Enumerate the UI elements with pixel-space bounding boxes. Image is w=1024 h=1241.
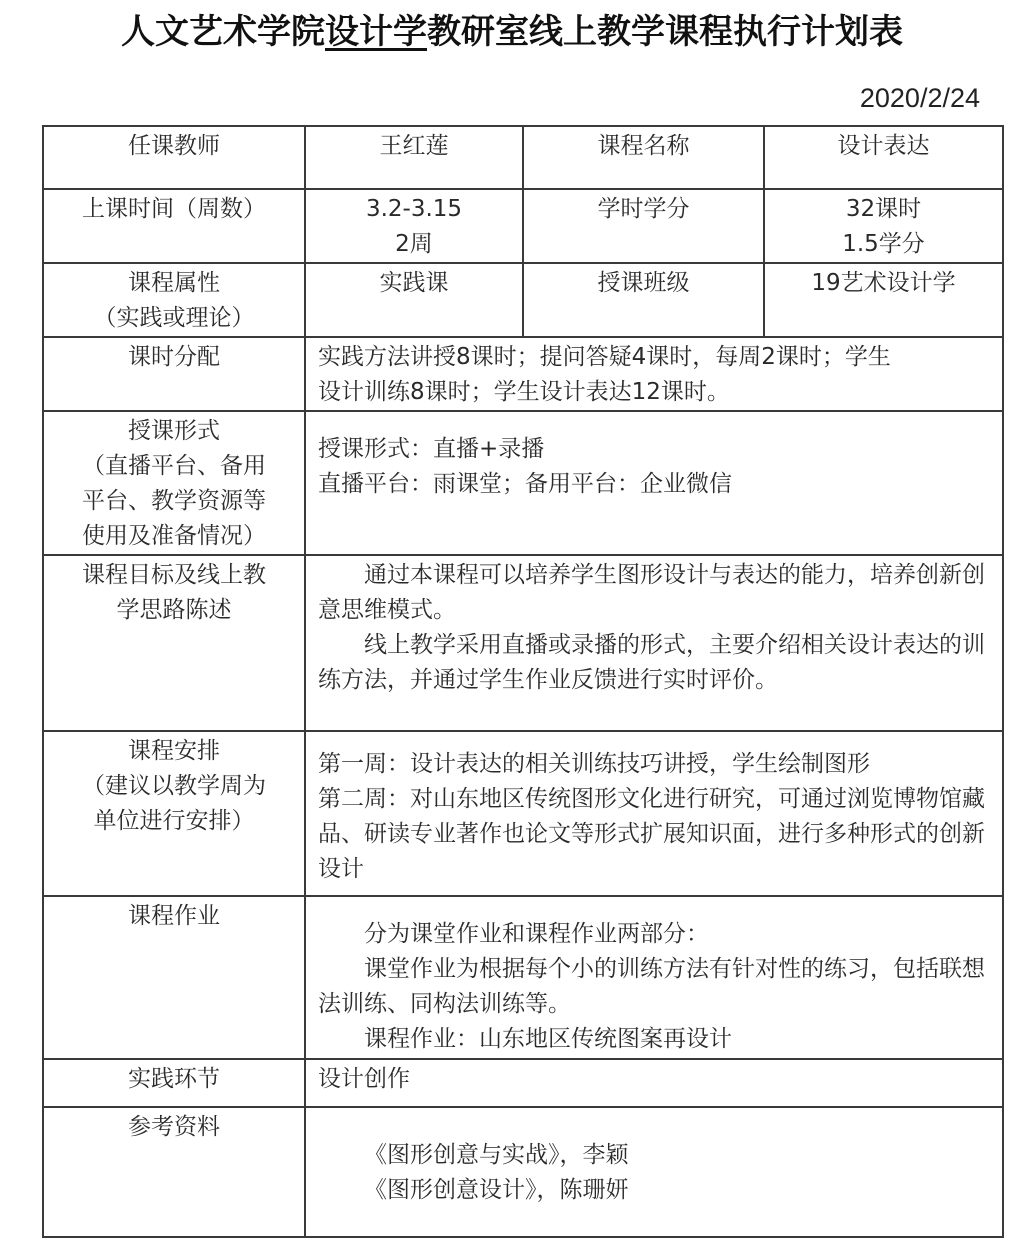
- hours-allocation-line: 实践方法讲授8课时；提问答疑4课时，每周2课时；学生: [318, 340, 996, 375]
- title-suffix: 教研室线上教学课程执行计划表: [427, 12, 903, 52]
- row-practice: 实践环节 设计创作: [43, 1059, 1003, 1107]
- teaching-form-hint: （直播平台、备用: [48, 449, 300, 484]
- label-course-schedule: 课程安排 （建议以教学周为 单位进行安排）: [43, 731, 305, 896]
- reference-item: 《图形创意与实战》，李颖: [364, 1138, 996, 1173]
- row-course-schedule: 课程安排 （建议以教学周为 单位进行安排） 第一周：设计表达的相关训练技巧讲授，…: [43, 731, 1003, 896]
- row-teaching-form: 授课形式 （直播平台、备用 平台、教学资源等 使用及准备情况） 授课形式：直播+…: [43, 411, 1003, 555]
- row-teacher-course: 任课教师 王红莲 课程名称 设计表达: [43, 126, 1003, 189]
- course-plan-table: 任课教师 王红莲 课程名称 设计表达 上课时间（周数） 3.2-3.15 2周 …: [42, 125, 1004, 1238]
- document-date: 2020/2/24: [860, 80, 980, 116]
- course-goals-title: 学思路陈述: [48, 593, 300, 628]
- hours-allocation-line: 设计训练8课时；学生设计表达12课时。: [318, 375, 996, 410]
- value-hours-allocation: 实践方法讲授8课时；提问答疑4课时，每周2课时；学生 设计训练8课时；学生设计表…: [305, 337, 1003, 411]
- label-references: 参考资料: [43, 1107, 305, 1237]
- label-coursework: 课程作业: [43, 896, 305, 1059]
- label-course-attribute: 课程属性 （实践或理论）: [43, 263, 305, 337]
- reference-item: 《图形创意设计》，陈珊妍: [364, 1173, 996, 1208]
- label-teacher: 任课教师: [43, 126, 305, 189]
- row-coursework: 课程作业 分为课堂作业和课程作业两部分： 课堂作业为根据每个小的训练方法有针对性…: [43, 896, 1003, 1059]
- coursework-paragraph: 课堂作业为根据每个小的训练方法有针对性的练习，包括联想法训练、同构法训练等。: [318, 952, 996, 1022]
- row-attribute-class: 课程属性 （实践或理论） 实践课 授课班级 19艺术设计学: [43, 263, 1003, 337]
- value-course-goals: 通过本课程可以培养学生图形设计与表达的能力，培养创新创意思维模式。 线上教学采用…: [305, 555, 1003, 731]
- value-practice: 设计创作: [305, 1059, 1003, 1107]
- course-goals-paragraph: 通过本课程可以培养学生图形设计与表达的能力，培养创新创意思维模式。: [318, 558, 996, 628]
- document-title: 人文艺术学院设计学教研室线上教学课程执行计划表: [0, 8, 1024, 56]
- label-hours-allocation: 课时分配: [43, 337, 305, 411]
- label-teaching-form: 授课形式 （直播平台、备用 平台、教学资源等 使用及准备情况）: [43, 411, 305, 555]
- value-teacher: 王红莲: [305, 126, 523, 189]
- schedule-week-2: 第二周：对山东地区传统图形文化进行研究，可通过浏览博物馆藏品、研读专业著作也论文…: [318, 782, 996, 887]
- value-teaching-form: 授课形式：直播+录播 直播平台：雨课堂；备用平台：企业微信: [305, 411, 1003, 555]
- teaching-form-hint: 平台、教学资源等: [48, 484, 300, 519]
- row-time-credits: 上课时间（周数） 3.2-3.15 2周 学时学分 32课时 1.5学分: [43, 189, 1003, 263]
- label-class-group: 授课班级: [523, 263, 764, 337]
- schedule-week-1: 第一周：设计表达的相关训练技巧讲授，学生绘制图形: [318, 747, 996, 782]
- teaching-form-title: 授课形式: [48, 414, 300, 449]
- teaching-form-hint: 使用及准备情况）: [48, 519, 300, 554]
- course-goals-paragraph: 线上教学采用直播或录播的形式，主要介绍相关设计表达的训练方法，并通过学生作业反馈…: [318, 628, 996, 698]
- course-schedule-hint: （建议以教学周为: [48, 769, 300, 804]
- class-time-weeks: 2周: [314, 227, 514, 262]
- course-schedule-title: 课程安排: [48, 734, 300, 769]
- value-course-attribute: 实践课: [305, 263, 523, 337]
- credits-value: 1.5学分: [773, 227, 994, 262]
- value-hours-credits: 32课时 1.5学分: [764, 189, 1003, 263]
- label-practice: 实践环节: [43, 1059, 305, 1107]
- course-schedule-hint: 单位进行安排）: [48, 804, 300, 839]
- teaching-form-platforms: 直播平台：雨课堂；备用平台：企业微信: [318, 467, 996, 502]
- row-references: 参考资料 《图形创意与实战》，李颖 《图形创意设计》，陈珊妍: [43, 1107, 1003, 1237]
- row-hours-allocation: 课时分配 实践方法讲授8课时；提问答疑4课时，每周2课时；学生 设计训练8课时；…: [43, 337, 1003, 411]
- value-course-schedule: 第一周：设计表达的相关训练技巧讲授，学生绘制图形 第二周：对山东地区传统图形文化…: [305, 731, 1003, 896]
- label-course-goals: 课程目标及线上教 学思路陈述: [43, 555, 305, 731]
- course-attribute-hint: （实践或理论）: [48, 301, 300, 336]
- class-time-range: 3.2-3.15: [314, 192, 514, 227]
- title-department: 设计学: [325, 12, 427, 52]
- label-class-time: 上课时间（周数）: [43, 189, 305, 263]
- label-course-name: 课程名称: [523, 126, 764, 189]
- value-references: 《图形创意与实战》，李颖 《图形创意设计》，陈珊妍: [305, 1107, 1003, 1237]
- coursework-paragraph: 课程作业：山东地区传统图案再设计: [318, 1022, 996, 1057]
- value-course-name: 设计表达: [764, 126, 1003, 189]
- coursework-paragraph: 分为课堂作业和课程作业两部分：: [318, 917, 996, 952]
- course-goals-title: 课程目标及线上教: [48, 558, 300, 593]
- title-prefix: 人文艺术学院: [121, 12, 325, 52]
- value-class-group: 19艺术设计学: [764, 263, 1003, 337]
- teaching-form-mode: 授课形式：直播+录播: [318, 432, 996, 467]
- course-attribute-title: 课程属性: [48, 266, 300, 301]
- value-coursework: 分为课堂作业和课程作业两部分： 课堂作业为根据每个小的训练方法有针对性的练习，包…: [305, 896, 1003, 1059]
- row-course-goals: 课程目标及线上教 学思路陈述 通过本课程可以培养学生图形设计与表达的能力，培养创…: [43, 555, 1003, 731]
- hours-value: 32课时: [773, 192, 994, 227]
- value-class-time: 3.2-3.15 2周: [305, 189, 523, 263]
- label-hours-credits: 学时学分: [523, 189, 764, 263]
